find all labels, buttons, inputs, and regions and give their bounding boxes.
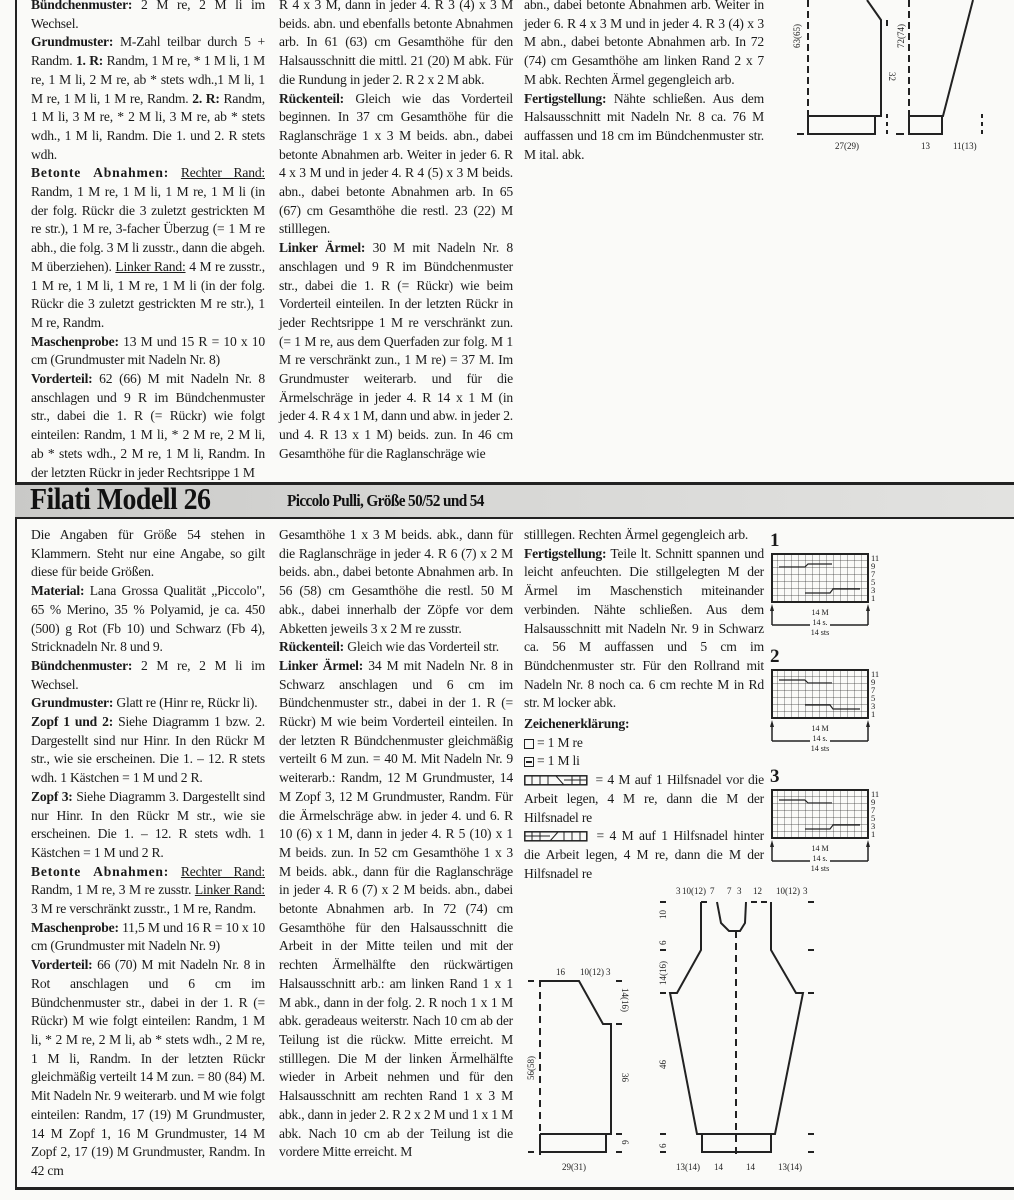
- legend-item-cable-front: = 4 M auf 1 Hilfsnadel vor die Arbeit le…: [524, 771, 764, 827]
- dim-sleeve-rib: 6: [658, 1143, 668, 1148]
- para-fertigstellung: Fertigstellung: Nähte schließen. Aus dem…: [524, 90, 764, 165]
- lower-column-1: Die Angaben für Größe 54 stehen in Klamm…: [31, 526, 265, 1181]
- para-vorderteil: Vorderteil: 66 (70) M mit Nadeln Nr. 8 i…: [31, 956, 265, 1180]
- para-buendchenmuster: Bündchenmuster: 2 M re, 2 M li im Wechse…: [31, 657, 265, 694]
- dim-sleeve-top-6: 10(12): [776, 886, 800, 896]
- para-maschenprobe: Maschenprobe: 11,5 M und 16 R = 10 x 10 …: [31, 919, 265, 956]
- chart-caption: 14 M14 s.14 sts: [772, 724, 868, 754]
- dim-sleeve-top-3: 7: [727, 886, 732, 896]
- para-continued: Gesamthöhe 1 x 3 M beids. abk., dann für…: [279, 526, 513, 638]
- para-continued: R 4 x 3 M, dann in jeder 4. R 3 (4) x 3 …: [279, 0, 513, 90]
- upper-column-1: Bündchenmuster: 2 M re, 2 M li im Wechse…: [31, 0, 265, 482]
- para-zopf-3: Zopf 3: Siehe Diagramm 3. Dargestellt si…: [31, 788, 265, 863]
- dim-body-top-edge: 3: [606, 967, 611, 977]
- para-grundmuster: Grundmuster: Glatt re (Hinr re, Rückr li…: [31, 694, 265, 713]
- para-linker-aermel: Linker Ärmel: 34 M mit Nadeln Nr. 8 in S…: [279, 657, 513, 1162]
- dim-sleeve-width: 13: [921, 141, 931, 151]
- chart-caption: 14 M14 s.14 sts: [772, 844, 868, 874]
- chart-caption: 14 M14 s.14 sts: [772, 608, 868, 638]
- upper-column-2: R 4 x 3 M, dann in jeder 4. R 3 (4) x 3 …: [279, 0, 513, 464]
- para-fertigstellung: Fertigstellung: Teile lt. Schnitt spanne…: [524, 545, 764, 713]
- section-header-bar: Filati Modell 26 Piccolo Pulli, Größe 50…: [15, 482, 1014, 519]
- para-maschenprobe: Maschenprobe: 13 M und 15 R = 10 x 10 cm…: [31, 333, 265, 370]
- dim-body-raglan: 14(16): [620, 988, 630, 1012]
- dim-sleeve-bottom-3: 13(14): [778, 1162, 802, 1172]
- chart-row-labels: 1197531: [871, 790, 881, 838]
- dim-body-top: 16: [556, 967, 566, 977]
- para-rueckenteil: Rückenteil: Gleich wie das Vorderteil st…: [279, 638, 513, 657]
- legend-item-purl: = 1 M li: [524, 752, 764, 771]
- dim-sleeve-bottom-2: 14: [746, 1162, 756, 1172]
- upper-column-3: abn., dabei betonte Abnahmen arb. Weiter…: [524, 0, 764, 164]
- dim-body-rib: 6: [620, 1140, 630, 1145]
- dim-sleeve-top-4: 3: [737, 886, 742, 896]
- dim-sleeve-neck: 10: [658, 910, 668, 920]
- dim-sleeve-top-5: 12: [753, 886, 762, 896]
- para-material: Material: Lana Grossa Qualität „Piccolo"…: [31, 582, 265, 657]
- empty-box-icon: [524, 739, 534, 749]
- dim-sleeve-raglan: 14(16): [658, 961, 668, 985]
- dim-body-width: 29(31): [562, 1162, 586, 1172]
- upper-schematic-diagram: 63(65) 72(74) 32 27(29) 13 11(13): [770, 0, 1014, 160]
- para-betonte-abnahmen: Betonte Abnahmen: Rechter Rand: Randm, 1…: [31, 164, 265, 332]
- cable-front-icon: [524, 775, 588, 786]
- lower-column-3: stilllegen. Rechten Ärmel gegengleich ar…: [524, 526, 764, 883]
- dim-sleeve-top-1: 10(12): [682, 886, 706, 896]
- dim-sleeve-total: 72(74): [896, 24, 906, 48]
- page-bottom-rule: [15, 1187, 1014, 1190]
- para-rueckenteil: Rückenteil: Gleich wie das Vorderteil be…: [279, 90, 513, 240]
- chart-row-labels: 1197531: [871, 670, 881, 718]
- dim-front-side: 32: [887, 72, 897, 81]
- cable-back-icon: [524, 831, 588, 842]
- dim-sleeve-top-2: 7: [710, 886, 715, 896]
- dim-sleeve-length: 46: [658, 1060, 668, 1070]
- para-linker-aermel: Linker Ärmel: 30 M mit Nadeln Nr. 8 ansc…: [279, 239, 513, 463]
- chart-number: 1: [770, 530, 780, 552]
- page-frame-left-rule: [15, 0, 17, 1187]
- para-zopf-1-2: Zopf 1 und 2: Siehe Diagramm 1 bzw. 2. D…: [31, 713, 265, 788]
- para-vorderteil: Vorderteil: 62 (66) M mit Nadeln Nr. 8 a…: [31, 370, 265, 482]
- dim-sleeve-extra: 11(13): [953, 141, 977, 151]
- para-betonte-abnahmen: Betonte Abnahmen: Rechter Rand: Randm, 1…: [31, 863, 265, 919]
- dim-body-total-height: 56(58): [526, 1056, 536, 1080]
- dim-sleeve-top-7: 3: [803, 886, 808, 896]
- chart-number: 2: [770, 646, 780, 668]
- para-buendchenmuster: Bündchenmuster: 2 M re, 2 M li im Wechse…: [31, 0, 265, 33]
- legend-title: Zeichenerklärung:: [524, 715, 764, 734]
- pattern-schematic: 16 10(12) 3 56(58) 14(16) 36 6 29(31) 3 …: [520, 875, 820, 1180]
- dim-body-top-side: 10(12): [580, 967, 604, 977]
- para-continued: abn., dabei betonte Abnahmen arb. Weiter…: [524, 0, 764, 90]
- chart-row-labels: 1197531: [871, 554, 881, 602]
- model-title: Filati Modell 26: [30, 481, 210, 517]
- legend-item-knit: = 1 M re: [524, 734, 764, 753]
- para-grundmuster: Grundmuster: M-Zahl teilbar durch 5 + Ra…: [31, 33, 265, 164]
- dim-sleeve-bottom-1: 14: [714, 1162, 724, 1172]
- dim-sleeve-upper: 6: [658, 940, 668, 945]
- dim-sleeve-top-0: 3: [676, 886, 681, 896]
- dim-body-side: 36: [620, 1073, 630, 1083]
- minus-box-icon: [524, 757, 534, 767]
- lower-column-2: Gesamthöhe 1 x 3 M beids. abk., dann für…: [279, 526, 513, 1162]
- para-size-note: Die Angaben für Größe 54 stehen in Klamm…: [31, 526, 265, 582]
- chart-number: 3: [770, 766, 780, 788]
- dim-front-width: 27(29): [835, 141, 859, 151]
- para-continued: stilllegen. Rechten Ärmel gegengleich ar…: [524, 526, 764, 545]
- model-subtitle: Piccolo Pulli, Größe 50/52 und 54: [287, 491, 484, 511]
- dim-front-total: 63(65): [792, 24, 802, 48]
- dim-sleeve-bottom-0: 13(14): [676, 1162, 700, 1172]
